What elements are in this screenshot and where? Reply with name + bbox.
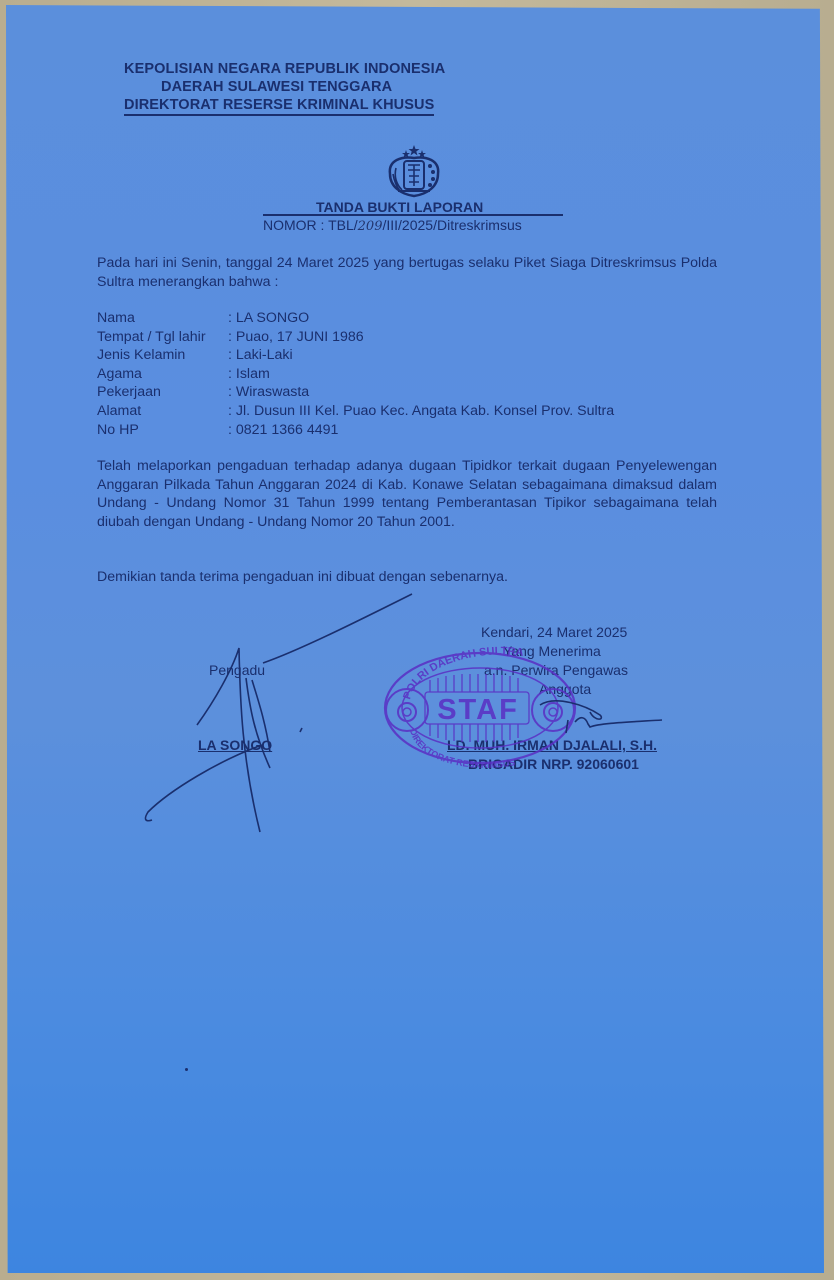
- officer-position: Anggota: [539, 681, 591, 697]
- field-label: Alamat: [97, 402, 228, 421]
- reporter-details: Nama: LA SONGO Tempat / Tgl lahir: Puao,…: [97, 309, 614, 439]
- field-row: No HP: 0821 1366 4491: [97, 421, 614, 440]
- field-value: : 0821 1366 4491: [228, 421, 338, 440]
- field-label: Nama: [97, 309, 228, 328]
- field-row: Jenis Kelamin: Laki-Laki: [97, 346, 614, 365]
- field-row: Pekerjaan: Wiraswasta: [97, 383, 614, 402]
- header-directorate: DIREKTORAT RESERSE KRIMINAL KHUSUS: [124, 97, 434, 116]
- officer-capacity: a.n. Perwira Pengawas: [484, 662, 628, 678]
- title-underline: [263, 214, 563, 216]
- field-label: Tempat / Tgl lahir: [97, 328, 228, 347]
- officer-name: LD. MUH. IRMAN DJALALI, S.H.: [447, 737, 657, 753]
- field-label: Pekerjaan: [97, 383, 228, 402]
- field-row: Nama: LA SONGO: [97, 309, 614, 328]
- document-number: NOMOR : TBL/209/III/2025/Ditreskrimsus: [263, 217, 522, 234]
- number-suffix: /III/2025/Ditreskrimsus: [382, 217, 521, 233]
- intro-paragraph: Pada hari ini Senin, tanggal 24 Maret 20…: [97, 254, 717, 291]
- field-value: : Wiraswasta: [228, 383, 309, 402]
- field-value: : Islam: [228, 365, 270, 384]
- closing-statement: Demikian tanda terima pengaduan ini dibu…: [97, 568, 717, 587]
- receiver-label: Yang Menerima: [503, 643, 601, 659]
- polri-emblem-icon: [382, 144, 446, 198]
- field-label: No HP: [97, 421, 228, 440]
- header-region: DAERAH SULAWESI TENGGARA: [161, 79, 392, 95]
- field-value: : Laki-Laki: [228, 346, 293, 365]
- report-body-paragraph: Telah melaporkan pengaduan terhadap adan…: [97, 457, 717, 531]
- number-prefix: NOMOR : TBL/: [263, 217, 358, 233]
- field-label: Jenis Kelamin: [97, 346, 228, 365]
- field-value: : Jl. Dusun III Kel. Puao Kec. Angata Ka…: [228, 402, 614, 421]
- field-label: Agama: [97, 365, 228, 384]
- field-value: : Puao, 17 JUNI 1986: [228, 328, 364, 347]
- field-row: Agama: Islam: [97, 365, 614, 384]
- complainant-label: Pengadu: [209, 662, 265, 678]
- field-row: Alamat: Jl. Dusun III Kel. Puao Kec. Ang…: [97, 402, 614, 421]
- document-title: TANDA BUKTI LAPORAN: [316, 199, 483, 215]
- complainant-name: LA SONGO: [198, 737, 272, 753]
- number-handwritten: 209: [358, 219, 383, 234]
- field-row: Tempat / Tgl lahir: Puao, 17 JUNI 1986: [97, 328, 614, 347]
- signature-place-date: Kendari, 24 Maret 2025: [481, 624, 627, 640]
- paper-speck: [185, 1068, 188, 1071]
- officer-rank-nrp: BRIGADIR NRP. 92060601: [468, 756, 639, 772]
- header-institution: KEPOLISIAN NEGARA REPUBLIK INDONESIA: [124, 61, 445, 77]
- field-value: : LA SONGO: [228, 309, 309, 328]
